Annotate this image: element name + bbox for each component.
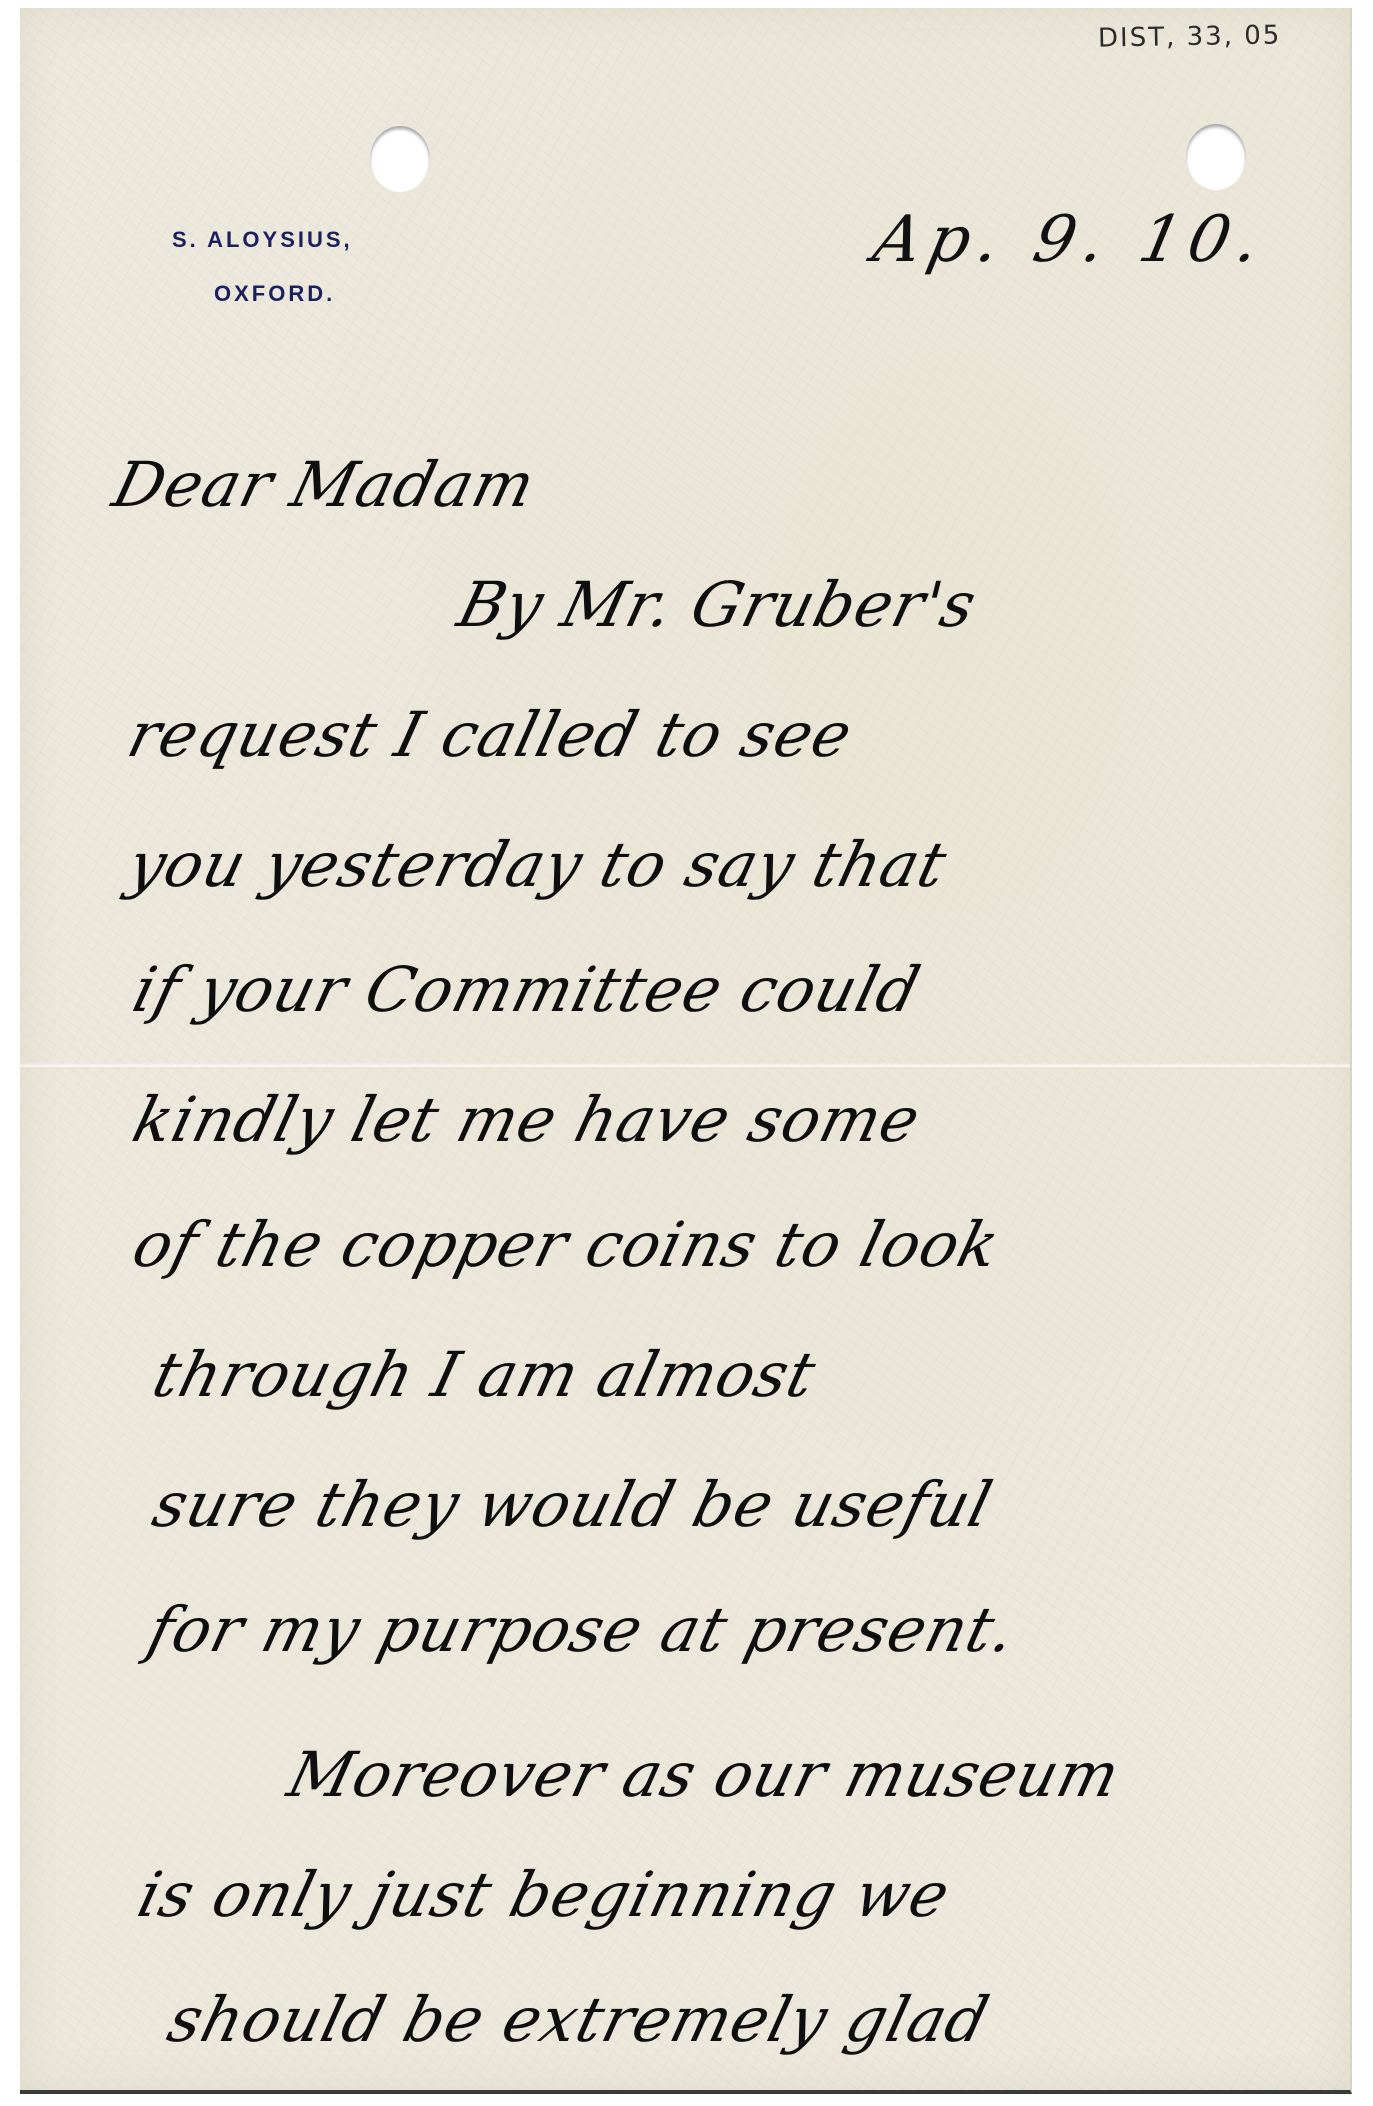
body-line: through I am almost — [146, 1338, 824, 1411]
letter-body: Dear Madam By Mr. Gruber's request I cal… — [20, 8, 1350, 2090]
body-line: sure they would be useful — [146, 1468, 1000, 1541]
body-line: request I called to see — [121, 698, 860, 771]
body-line: if your Committee could — [126, 953, 928, 1026]
body-line: should be extremely glad — [161, 1983, 997, 2056]
salutation: Dear Madam — [106, 448, 543, 521]
body-line: of the copper coins to look — [126, 1208, 1007, 1281]
body-line: for my purpose at present. — [141, 1593, 1024, 1666]
letter-page: DIST, 33, 05 S. ALOYSIUS, OXFORD. Ap. 9.… — [20, 8, 1352, 2094]
body-line: Moreover as our museum — [281, 1738, 1128, 1811]
body-line: kindly let me have some — [126, 1083, 928, 1156]
body-line: is only just beginning we — [131, 1858, 958, 1931]
body-line: By Mr. Gruber's — [451, 568, 984, 641]
body-line: you yesterday to say that — [121, 828, 955, 901]
